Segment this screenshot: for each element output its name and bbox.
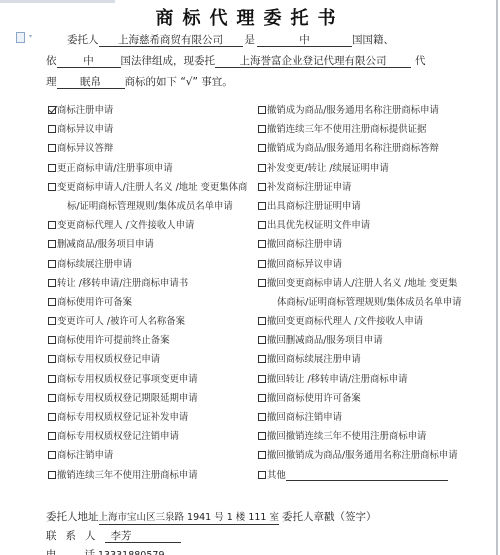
- contact-row: 联系人李芳: [46, 528, 181, 543]
- nationality-suffix: 国国籍、: [352, 34, 394, 46]
- option-item[interactable]: 删减商品/服务项目申请: [48, 238, 258, 257]
- intro-line-1: 委托人上海慈希商贸有限公司是中国国籍、: [67, 33, 394, 47]
- option-item[interactable]: 商标专用权质权登记注销申请: [48, 430, 258, 449]
- checkbox-icon[interactable]: [258, 394, 266, 402]
- option-item[interactable]: 撤回商标注销申请: [258, 411, 493, 430]
- option-label: 商标异议答辩: [57, 142, 113, 155]
- option-item[interactable]: 商标专用权质权登记申请: [48, 353, 258, 372]
- option-label: 补发变更/转让 /续展证明申请: [267, 162, 389, 175]
- matters-text: 商标的如下 “√” 事宜。: [125, 76, 233, 88]
- option-item[interactable]: 补发商标注册证申请: [258, 181, 493, 200]
- option-item[interactable]: 撤回删减商品/服务项目申请: [258, 334, 493, 353]
- checkbox-icon[interactable]: [258, 451, 266, 459]
- phone-label-2: 话: [85, 549, 96, 555]
- option-label: 商标异议申请: [57, 123, 113, 136]
- option-item[interactable]: 撤销连续三年不使用注册商标申请: [48, 469, 258, 488]
- other-blank-field[interactable]: [286, 469, 448, 481]
- checkbox-icon[interactable]: [258, 240, 266, 248]
- option-item[interactable]: 商标注册申请: [48, 104, 258, 123]
- law-text: 国法律组成，现委托: [121, 55, 216, 67]
- option-label: 撤回商标注销申请: [267, 411, 342, 424]
- checkbox-icon[interactable]: [258, 164, 266, 172]
- option-label-line1: 撤回变更商标申请人/注册人名义 /地址 变更集: [267, 278, 457, 289]
- option-label: 撤回商标注册申请: [267, 238, 342, 251]
- option-label: 撤回商标使用许可备案: [267, 392, 361, 405]
- option-label: 撤销成为商品/服务通用名称注册商标答辩: [267, 142, 439, 155]
- option-item[interactable]: 商标续展注册申请: [48, 258, 258, 277]
- option-item[interactable]: 出具商标注册证明申请: [258, 200, 493, 219]
- checkbox-icon[interactable]: [258, 260, 266, 268]
- seal-label: 委托人章戳（签字）: [282, 509, 377, 524]
- checkbox-icon[interactable]: [48, 125, 56, 133]
- option-item[interactable]: 撤销成为商品/服务通用名称注册商标答辩: [258, 142, 493, 161]
- option-item[interactable]: 商标使用许可备案: [48, 296, 258, 315]
- option-label: 撤销成为商品/服务通用名称注册商标申请: [267, 104, 439, 117]
- checkbox-icon[interactable]: [258, 317, 266, 325]
- checkbox-checked-icon[interactable]: [48, 106, 56, 114]
- option-item[interactable]: 撤回转让 /移转申请/注册商标申请: [258, 373, 493, 392]
- option-label: 撤回商标异议申请: [267, 258, 342, 271]
- option-item[interactable]: 补发变更/转让 /续展证明申请: [258, 162, 493, 181]
- agent-name-field[interactable]: 上海誉富企业登记代理有限公司: [215, 55, 411, 68]
- checkbox-icon[interactable]: [48, 336, 56, 344]
- intro-line-2: 依中国法律组成，现委托上海誉富企业登记代理有限公司代: [46, 54, 426, 68]
- option-item[interactable]: 撤回商标注册申请: [258, 238, 493, 257]
- checkbox-icon[interactable]: [258, 355, 266, 363]
- client-name-field[interactable]: 上海慈希商贸有限公司: [99, 34, 243, 47]
- option-label: 商标专用权质权登记事项变更申请: [57, 373, 198, 386]
- address-row: 委托人地址上海市宝山区三泉路 1941 号 1 楼 111 室: [46, 509, 279, 525]
- document-icon[interactable]: [16, 32, 25, 43]
- is-label: 是: [245, 34, 256, 46]
- option-label: 变更商标申请人/注册人名义 /地址 变更集体商标/证明商标管理规则/集体成员名单…: [57, 178, 247, 216]
- checkbox-icon[interactable]: [258, 183, 266, 191]
- option-label: 撤回撤销连续三年不使用注册商标申请: [267, 430, 426, 443]
- checkbox-icon[interactable]: [258, 471, 266, 479]
- checkbox-icon[interactable]: [48, 413, 56, 421]
- option-label: 商标使用许可提前终止备案: [57, 334, 170, 347]
- option-item[interactable]: 撤回撤销成为商品/服务通用名称注册商标申请: [258, 449, 493, 468]
- checkbox-icon[interactable]: [48, 183, 56, 191]
- checkbox-icon[interactable]: [258, 106, 266, 114]
- option-label: 撤销连续三年不使用注册商标申请: [57, 469, 198, 482]
- phone-field[interactable]: 13331880579: [98, 550, 165, 555]
- option-item[interactable]: 商标异议申请: [48, 123, 258, 142]
- contact-label: 联系人: [46, 530, 105, 542]
- checkbox-icon[interactable]: [48, 451, 56, 459]
- checkbox-icon[interactable]: [48, 164, 56, 172]
- option-item[interactable]: 商标注销申请: [48, 449, 258, 468]
- option-label: 商标专用权质权登记注销申请: [57, 430, 179, 443]
- option-label: 商标专用权质权登记证补发申请: [57, 411, 188, 424]
- checkbox-icon[interactable]: [48, 355, 56, 363]
- option-label-line2: 体商标/证明商标管理规则/集体成员名单申请: [267, 293, 461, 312]
- checkbox-icon[interactable]: [48, 394, 56, 402]
- option-item[interactable]: 商标异议答辩: [48, 142, 258, 161]
- option-label: 转让 /移转申请/注册商标申请书: [57, 277, 188, 290]
- checkbox-icon[interactable]: [258, 336, 266, 344]
- checkbox-icon[interactable]: [48, 279, 56, 287]
- option-item[interactable]: 商标专用权质权登记证补发申请: [48, 411, 258, 430]
- option-label: 撤回商标续展注册申请: [267, 353, 361, 366]
- option-label-line1: 变更商标申请人/注册人名义 /地址 变更集体商: [57, 182, 247, 193]
- option-label: 撤回变更商标代理人 /文件接收人申请: [267, 315, 423, 328]
- trademark-field[interactable]: 眠帛: [57, 76, 125, 89]
- checkbox-icon[interactable]: [258, 202, 266, 210]
- checkbox-icon[interactable]: [48, 260, 56, 268]
- checkbox-icon[interactable]: [258, 125, 266, 133]
- option-label: 商标注册申请: [57, 104, 113, 117]
- checkbox-icon[interactable]: [258, 413, 266, 421]
- client-label: 委托人: [67, 34, 99, 46]
- option-label: 撤回撤销成为商品/服务通用名称注册商标申请: [267, 449, 458, 462]
- nationality-field[interactable]: 中: [257, 34, 352, 47]
- option-label: 更正商标申请/注册事项申请: [57, 162, 173, 175]
- option-label: 变更商标代理人 /文件接收人申请: [57, 219, 194, 232]
- intro-line-3: 理眠帛商标的如下 “√” 事宜。: [46, 75, 233, 89]
- checkbox-icon[interactable]: [258, 144, 266, 152]
- option-label: 补发商标注册证申请: [267, 181, 351, 194]
- checkbox-icon[interactable]: [258, 432, 266, 440]
- checkbox-icon[interactable]: [258, 221, 266, 229]
- option-item[interactable]: 商标使用许可提前终止备案: [48, 334, 258, 353]
- option-item[interactable]: 撤销成为商品/服务通用名称注册商标申请: [258, 104, 493, 123]
- handle-label: 理: [46, 76, 57, 88]
- option-item[interactable]: 撤销连续三年不使用注册商标提供证据: [258, 123, 493, 142]
- option-item[interactable]: 变更商标申请人/注册人名义 /地址 变更集体商标/证明商标管理规则/集体成员名单…: [48, 181, 258, 219]
- checkbox-icon[interactable]: [48, 471, 56, 479]
- option-label: 变更许可人 /被许可人名称备案: [57, 315, 185, 328]
- option-item[interactable]: 变更许可人 /被许可人名称备案: [48, 315, 258, 334]
- checkbox-icon[interactable]: [48, 240, 56, 248]
- option-item[interactable]: 商标专用权质权登记期限延期申请: [48, 392, 258, 411]
- option-label-line2: 标/证明商标管理规则/集体成员名单申请: [57, 197, 247, 216]
- checkbox-icon[interactable]: [48, 144, 56, 152]
- checkbox-icon[interactable]: [48, 221, 56, 229]
- option-label: 商标使用许可备案: [57, 296, 132, 309]
- option-item[interactable]: 撤回变更商标代理人 /文件接收人申请: [258, 315, 493, 334]
- option-item[interactable]: 变更商标代理人 /文件接收人申请: [48, 219, 258, 238]
- option-item[interactable]: 转让 /移转申请/注册商标申请书: [48, 277, 258, 296]
- document-title: 商标代理委托书: [0, 4, 500, 30]
- phone-row: 电话13331880579: [46, 547, 165, 555]
- checkbox-icon[interactable]: [48, 298, 56, 306]
- checkbox-icon[interactable]: [258, 279, 266, 287]
- option-item-other[interactable]: 其他: [258, 469, 493, 488]
- phone-label-1: 电: [46, 549, 57, 555]
- option-label: 其他: [267, 469, 286, 482]
- option-item[interactable]: 商标专用权质权登记事项变更申请: [48, 373, 258, 392]
- law-country-field[interactable]: 中: [57, 55, 121, 68]
- option-item[interactable]: 出具优先权证明文件申请: [258, 219, 493, 238]
- address-field[interactable]: 上海市宝山区三泉路 1941 号 1 楼 111 室: [99, 512, 279, 525]
- option-label: 删减商品/服务项目申请: [57, 238, 154, 251]
- option-label: 商标专用权质权登记期限延期申请: [57, 392, 198, 405]
- page-right-border: [496, 0, 498, 555]
- left-options-column: 商标注册申请 商标异议申请 商标异议答辩 更正商标申请/注册事项申请 变更商标申…: [48, 104, 258, 488]
- dropdown-arrow-icon[interactable]: ▾: [29, 33, 32, 40]
- checkbox-icon[interactable]: [48, 317, 56, 325]
- option-item[interactable]: 撤回变更商标申请人/注册人名义 /地址 变更集体商标/证明商标管理规则/集体成员…: [258, 277, 493, 315]
- option-label: 撤回删减商品/服务项目申请: [267, 334, 383, 347]
- option-label: 商标注销申请: [57, 449, 113, 462]
- option-label: 出具优先权证明文件申请: [267, 219, 370, 232]
- by-label: 依: [46, 55, 57, 67]
- checkbox-icon[interactable]: [48, 375, 56, 383]
- right-options-column: 撤销成为商品/服务通用名称注册商标申请 撤销连续三年不使用注册商标提供证据 撤销…: [258, 104, 493, 488]
- window-top-edge: [0, 0, 115, 3]
- option-item[interactable]: 撤回商标使用许可备案: [258, 392, 493, 411]
- option-label: 商标专用权质权登记申请: [57, 353, 160, 366]
- option-label: 商标续展注册申请: [57, 258, 132, 271]
- checkbox-icon[interactable]: [48, 432, 56, 440]
- option-label: 撤回转让 /移转申请/注册商标申请: [267, 373, 408, 386]
- option-label: 出具商标注册证明申请: [267, 200, 361, 213]
- option-item[interactable]: 撤回商标续展注册申请: [258, 353, 493, 372]
- option-label: 撤回变更商标申请人/注册人名义 /地址 变更集体商标/证明商标管理规则/集体成员…: [267, 274, 461, 312]
- contact-field[interactable]: 李芳: [105, 530, 181, 543]
- option-item[interactable]: 撤回撤销连续三年不使用注册商标申请: [258, 430, 493, 449]
- option-label: 撤销连续三年不使用注册商标提供证据: [267, 123, 426, 136]
- agent-suffix: 代: [415, 55, 426, 67]
- address-label: 委托人地址: [46, 511, 99, 523]
- checkbox-icon[interactable]: [258, 375, 266, 383]
